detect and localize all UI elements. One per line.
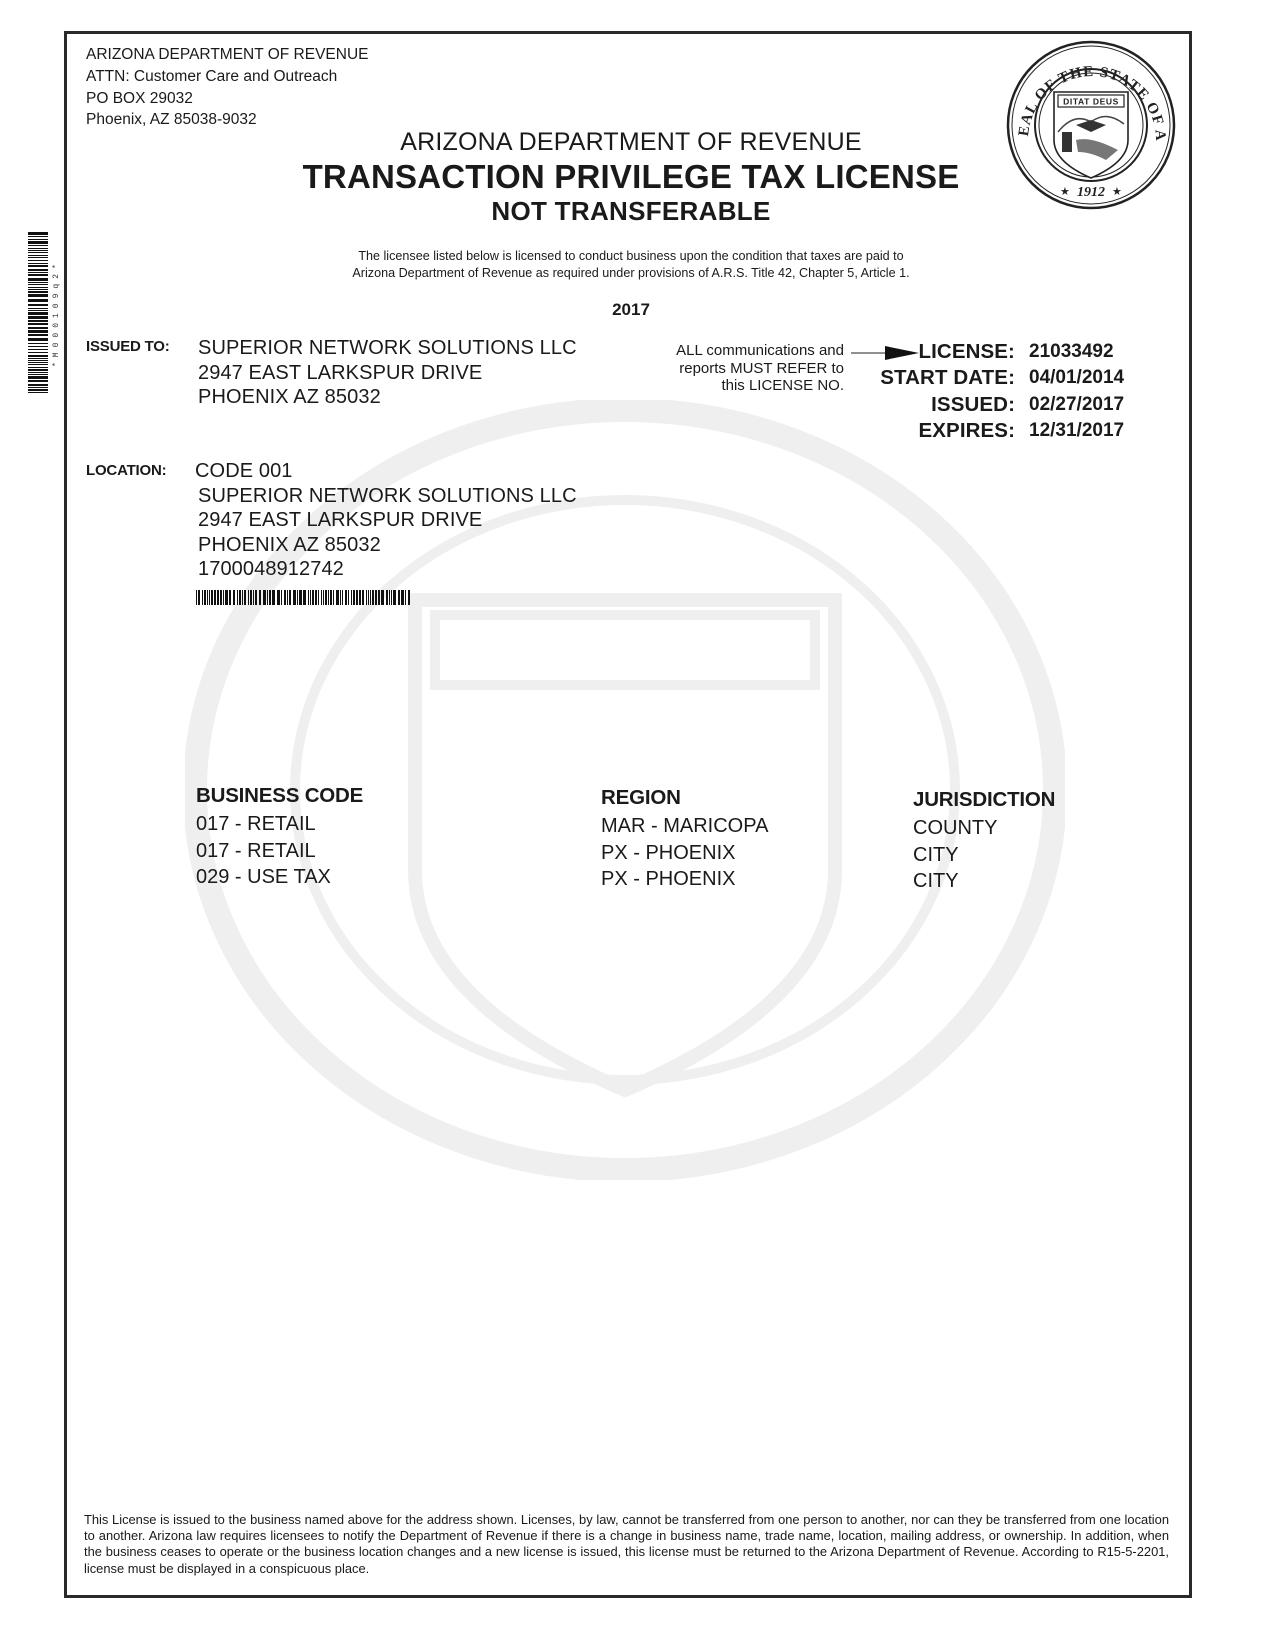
- location-address: CODE 001 SUPERIOR NETWORK SOLUTIONS LLC …: [195, 459, 577, 582]
- mailing-address-line: PO BOX 29032: [86, 88, 369, 110]
- license-number-row: LICENSE: 21033492: [865, 340, 1165, 366]
- jurisdiction-cell: CITY: [913, 842, 1055, 869]
- license-number-label: LICENSE:: [919, 340, 1015, 364]
- business-code-header: BUSINESS CODE: [196, 784, 363, 811]
- business-code-cell: 017 - RETAIL: [196, 811, 363, 838]
- region-column: REGION MAR - MARICOPA PX - PHOENIX PX - …: [601, 786, 768, 893]
- start-date-row: START DATE: 04/01/2014: [865, 366, 1165, 392]
- mailing-address-line: ATTN: Customer Care and Outreach: [86, 66, 369, 88]
- license-year: 2017: [270, 300, 992, 320]
- communication-note-line: ALL communications and: [620, 342, 844, 360]
- side-barcode-icon: [28, 232, 48, 394]
- region-header: REGION: [601, 786, 768, 813]
- location-barcode-icon: [196, 590, 412, 605]
- license-title: TRANSACTION PRIVILEGE TAX LICENSE: [270, 158, 992, 196]
- license-subtitle: NOT TRANSFERABLE: [270, 196, 992, 227]
- business-code-cell: 029 - USE TAX: [196, 864, 363, 891]
- jurisdiction-column: JURISDICTION COUNTY CITY CITY: [913, 788, 1055, 895]
- expires-date-row: EXPIRES: 12/31/2017: [865, 419, 1165, 445]
- licensee-note-line: The licensee listed below is licensed to…: [270, 248, 992, 265]
- communication-note-line: reports MUST REFER to: [620, 360, 844, 378]
- location-line: PHOENIX AZ 85032: [198, 533, 577, 558]
- svg-text:1912: 1912: [1077, 185, 1105, 200]
- location-line: 2947 EAST LARKSPUR DRIVE: [198, 508, 577, 533]
- svg-text:★: ★: [1060, 186, 1070, 198]
- business-code-column: BUSINESS CODE 017 - RETAIL 017 - RETAIL …: [196, 784, 363, 891]
- location-code: CODE 001: [195, 459, 577, 484]
- svg-text:★: ★: [1112, 186, 1122, 198]
- issued-date-row: ISSUED: 02/27/2017: [865, 393, 1165, 419]
- expires-date-value: 12/31/2017: [1029, 420, 1124, 442]
- expires-date-label: EXPIRES:: [919, 419, 1016, 443]
- side-barcode-digits: *M000109q2*: [52, 232, 62, 394]
- communication-note-line: this LICENSE NO.: [620, 377, 844, 395]
- region-cell: PX - PHOENIX: [601, 866, 768, 893]
- region-cell: MAR - MARICOPA: [601, 813, 768, 840]
- location-line: SUPERIOR NETWORK SOLUTIONS LLC: [198, 484, 577, 509]
- location-account-number: 1700048912742: [198, 557, 577, 582]
- issued-to-line: 2947 EAST LARKSPUR DRIVE: [198, 361, 577, 386]
- jurisdiction-header: JURISDICTION: [913, 788, 1055, 815]
- issued-to-line: PHOENIX AZ 85032: [198, 385, 577, 410]
- licensee-note-line: Arizona Department of Revenue as require…: [270, 265, 992, 282]
- issued-to-line: SUPERIOR NETWORK SOLUTIONS LLC: [198, 336, 577, 361]
- issued-to-label: ISSUED TO:: [86, 338, 170, 355]
- region-cell: PX - PHOENIX: [601, 840, 768, 867]
- location-label: LOCATION:: [86, 462, 166, 479]
- start-date-label: START DATE:: [880, 366, 1015, 390]
- agency-title: ARIZONA DEPARTMENT OF REVENUE: [270, 128, 992, 157]
- license-number-value: 21033492: [1029, 341, 1114, 363]
- business-code-cell: 017 - RETAIL: [196, 838, 363, 865]
- issued-date-label: ISSUED:: [931, 393, 1015, 417]
- jurisdiction-cell: COUNTY: [913, 815, 1055, 842]
- licensee-note: The licensee listed below is licensed to…: [270, 248, 992, 281]
- start-date-value: 04/01/2014: [1029, 367, 1124, 389]
- issued-to-address: SUPERIOR NETWORK SOLUTIONS LLC 2947 EAST…: [198, 336, 577, 410]
- mailing-address: ARIZONA DEPARTMENT OF REVENUE ATTN: Cust…: [86, 44, 369, 131]
- issued-date-value: 02/27/2017: [1029, 394, 1124, 416]
- communication-note: ALL communications and reports MUST REFE…: [620, 342, 844, 395]
- svg-text:DITAT DEUS: DITAT DEUS: [1063, 97, 1119, 107]
- state-seal-icon: GREAT SEAL OF THE STATE OF ARIZONA DITAT…: [1006, 40, 1176, 210]
- mailing-address-line: ARIZONA DEPARTMENT OF REVENUE: [86, 44, 369, 66]
- legal-footer: This License is issued to the business n…: [84, 1512, 1169, 1577]
- license-info: LICENSE: 21033492 START DATE: 04/01/2014…: [865, 340, 1165, 445]
- jurisdiction-cell: CITY: [913, 868, 1055, 895]
